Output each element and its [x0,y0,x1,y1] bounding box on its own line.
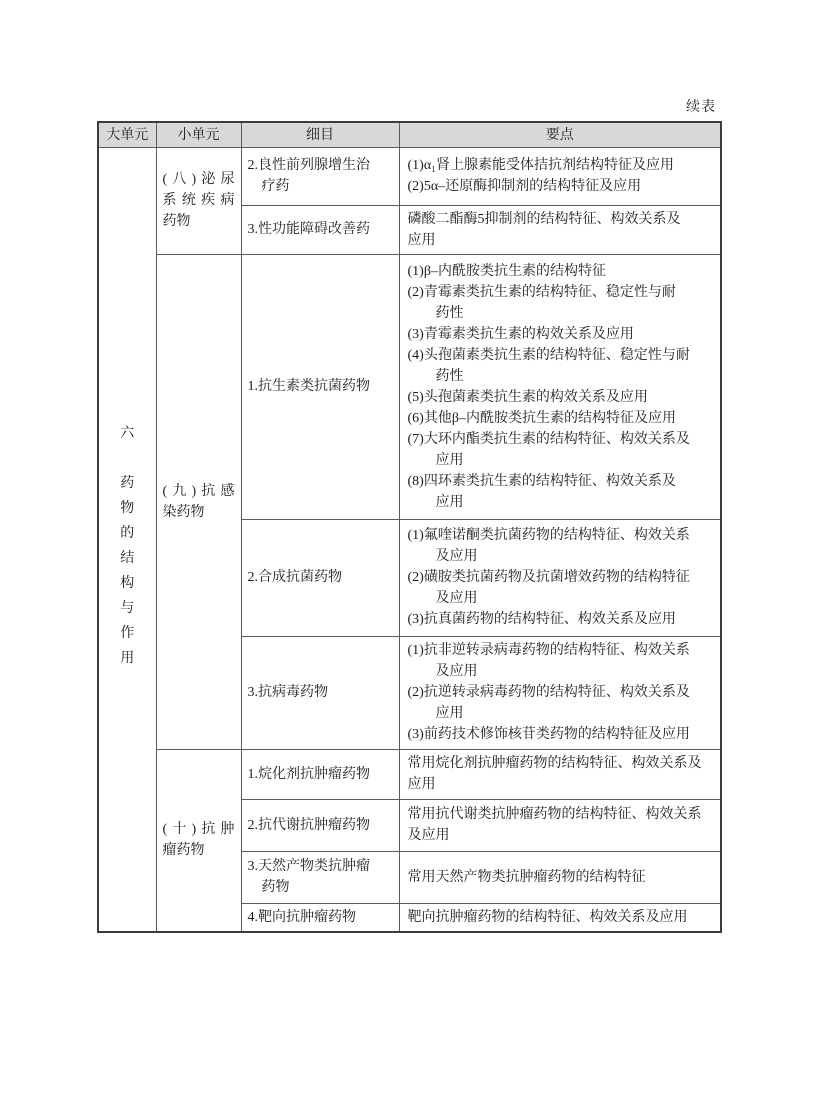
column-header-minor-unit: 小单元 [156,122,241,147]
cell-detail: 3.天然产物类抗肿瘤 药物 [241,851,399,903]
detail-text: 2.良性前列腺增生治 疗药 [248,155,395,197]
point-item: (1)抗非逆转录病毒药物的结构特征、构效关系 及应用 [408,640,715,682]
point-item: (4)头孢菌素类抗生素的结构特征、稳定性与耐 药性 [408,345,715,387]
point-item: 常用天然产物类抗肿瘤药物的结构特征 [408,867,715,888]
column-header-detail: 细目 [241,122,399,147]
column-header-points: 要点 [399,122,721,147]
detail-text: 2.抗代谢抗肿瘤药物 [248,815,395,836]
cell-points: (1)β–内酰胺类抗生素的结构特征 (2)青霉素类抗生素的结构特征、稳定性与耐 … [399,254,721,519]
point-item: (7)大环内酯类抗生素的结构特征、构效关系及 应用 [408,429,715,471]
detail-text: 3.天然产物类抗肿瘤 药物 [248,856,395,898]
document-page: 续表 大单元 小单元 细目 要点 六 药 物 的 结 构 与 作 [0,0,816,1100]
point-item: (8)四环素类抗生素的结构特征、构效关系及 应用 [408,471,715,513]
syllabus-table: 大单元 小单元 细目 要点 六 药 物 的 结 构 与 作 用 (八)泌尿 系统… [97,121,722,933]
minor-unit-line: 染药物 [163,502,235,523]
detail-text: 2.合成抗菌药物 [248,567,395,588]
cell-detail: 3.性功能障碍改善药 [241,205,399,254]
detail-text: 1.抗生素类抗菌药物 [248,376,395,397]
detail-text: 1.烷化剂抗肿瘤药物 [248,764,395,785]
minor-unit-line: 系统疾病 [163,190,235,211]
point-item: (2)磺胺类抗菌药物及抗菌增效药物的结构特征 及应用 [408,567,715,609]
cell-minor-unit-10: (十)抗肿 瘤药物 [156,749,241,932]
cell-points: 磷酸二酯酶5抑制剂的结构特征、构效关系及 应用 [399,205,721,254]
point-item: (3)青霉素类抗生素的构效关系及应用 [408,324,715,345]
minor-unit-line: 瘤药物 [163,840,235,861]
cell-points: (1)氟喹诺酮类抗菌药物的结构特征、构效关系 及应用 (2)磺胺类抗菌药物及抗菌… [399,519,721,636]
cell-points: (1)抗非逆转录病毒药物的结构特征、构效关系 及应用 (2)抗逆转录病毒药物的结… [399,636,721,749]
cell-detail: 2.良性前列腺增生治 疗药 [241,147,399,205]
point-item: (1)α₁肾上腺素能受体拮抗剂结构特征及应用 [408,155,715,176]
cell-detail: 3.抗病毒药物 [241,636,399,749]
point-item: (5)头孢菌素类抗生素的构效关系及应用 [408,387,715,408]
header-row: 大单元 小单元 细目 要点 [98,122,721,147]
point-item: (2)5α–还原酶抑制剂的结构特征及应用 [408,176,715,197]
point-item: 磷酸二酯酶5抑制剂的结构特征、构效关系及 应用 [408,209,715,251]
major-unit-vertical-text: 六 药 物 的 结 构 与 作 用 [99,407,156,671]
cell-points: 常用烷化剂抗肿瘤药物的结构特征、构效关系及 应用 [399,749,721,799]
point-item: (1)β–内酰胺类抗生素的结构特征 [408,261,715,282]
cell-points: (1)α₁肾上腺素能受体拮抗剂结构特征及应用 (2)5α–还原酶抑制剂的结构特征… [399,147,721,205]
table-block: 续表 大单元 小单元 细目 要点 六 药 物 的 结 构 与 作 [97,99,720,933]
table-row: (十)抗肿 瘤药物 1.烷化剂抗肿瘤药物 常用烷化剂抗肿瘤药物的结构特征、构效关… [98,749,721,799]
point-item: (2)抗逆转录病毒药物的结构特征、构效关系及 应用 [408,682,715,724]
cell-points: 常用天然产物类抗肿瘤药物的结构特征 [399,851,721,903]
point-item: (6)其他β–内酰胺类抗生素的结构特征及应用 [408,408,715,429]
detail-text: 3.抗病毒药物 [248,682,395,703]
point-item: 常用烷化剂抗肿瘤药物的结构特征、构效关系及 应用 [408,753,715,795]
minor-unit-line: 药物 [163,211,235,232]
cell-detail: 1.烷化剂抗肿瘤药物 [241,749,399,799]
point-item: (2)青霉素类抗生素的结构特征、稳定性与耐 药性 [408,282,715,324]
cell-minor-unit-8: (八)泌尿 系统疾病 药物 [156,147,241,254]
point-item: (1)氟喹诺酮类抗菌药物的结构特征、构效关系 及应用 [408,525,715,567]
point-item: (3)前药技术修饰核苷类药物的结构特征及应用 [408,724,715,745]
continued-table-label: 续表 [97,99,720,116]
table-row: (九)抗感 染药物 1.抗生素类抗菌药物 (1)β–内酰胺类抗生素的结构特征 (… [98,254,721,519]
cell-detail: 1.抗生素类抗菌药物 [241,254,399,519]
minor-unit-line: (八)泌尿 [163,169,235,190]
cell-detail: 2.合成抗菌药物 [241,519,399,636]
cell-major-unit: 六 药 物 的 结 构 与 作 用 [98,147,156,932]
detail-text: 4.靶向抗肿瘤药物 [248,907,395,928]
cell-detail: 2.抗代谢抗肿瘤药物 [241,799,399,851]
table-row: 六 药 物 的 结 构 与 作 用 (八)泌尿 系统疾病 药物 2.良性前列腺增… [98,147,721,205]
minor-unit-line: (十)抗肿 [163,819,235,840]
cell-minor-unit-9: (九)抗感 染药物 [156,254,241,749]
point-item: (3)抗真菌药物的结构特征、构效关系及应用 [408,609,715,630]
column-header-major-unit: 大单元 [98,122,156,147]
minor-unit-line: (九)抗感 [163,481,235,502]
cell-detail: 4.靶向抗肿瘤药物 [241,903,399,932]
cell-points: 常用抗代谢类抗肿瘤药物的结构特征、构效关系 及应用 [399,799,721,851]
point-item: 靶向抗肿瘤药物的结构特征、构效关系及应用 [408,907,715,928]
cell-points: 靶向抗肿瘤药物的结构特征、构效关系及应用 [399,903,721,932]
detail-text: 3.性功能障碍改善药 [248,219,395,240]
point-item: 常用抗代谢类抗肿瘤药物的结构特征、构效关系 及应用 [408,804,715,846]
